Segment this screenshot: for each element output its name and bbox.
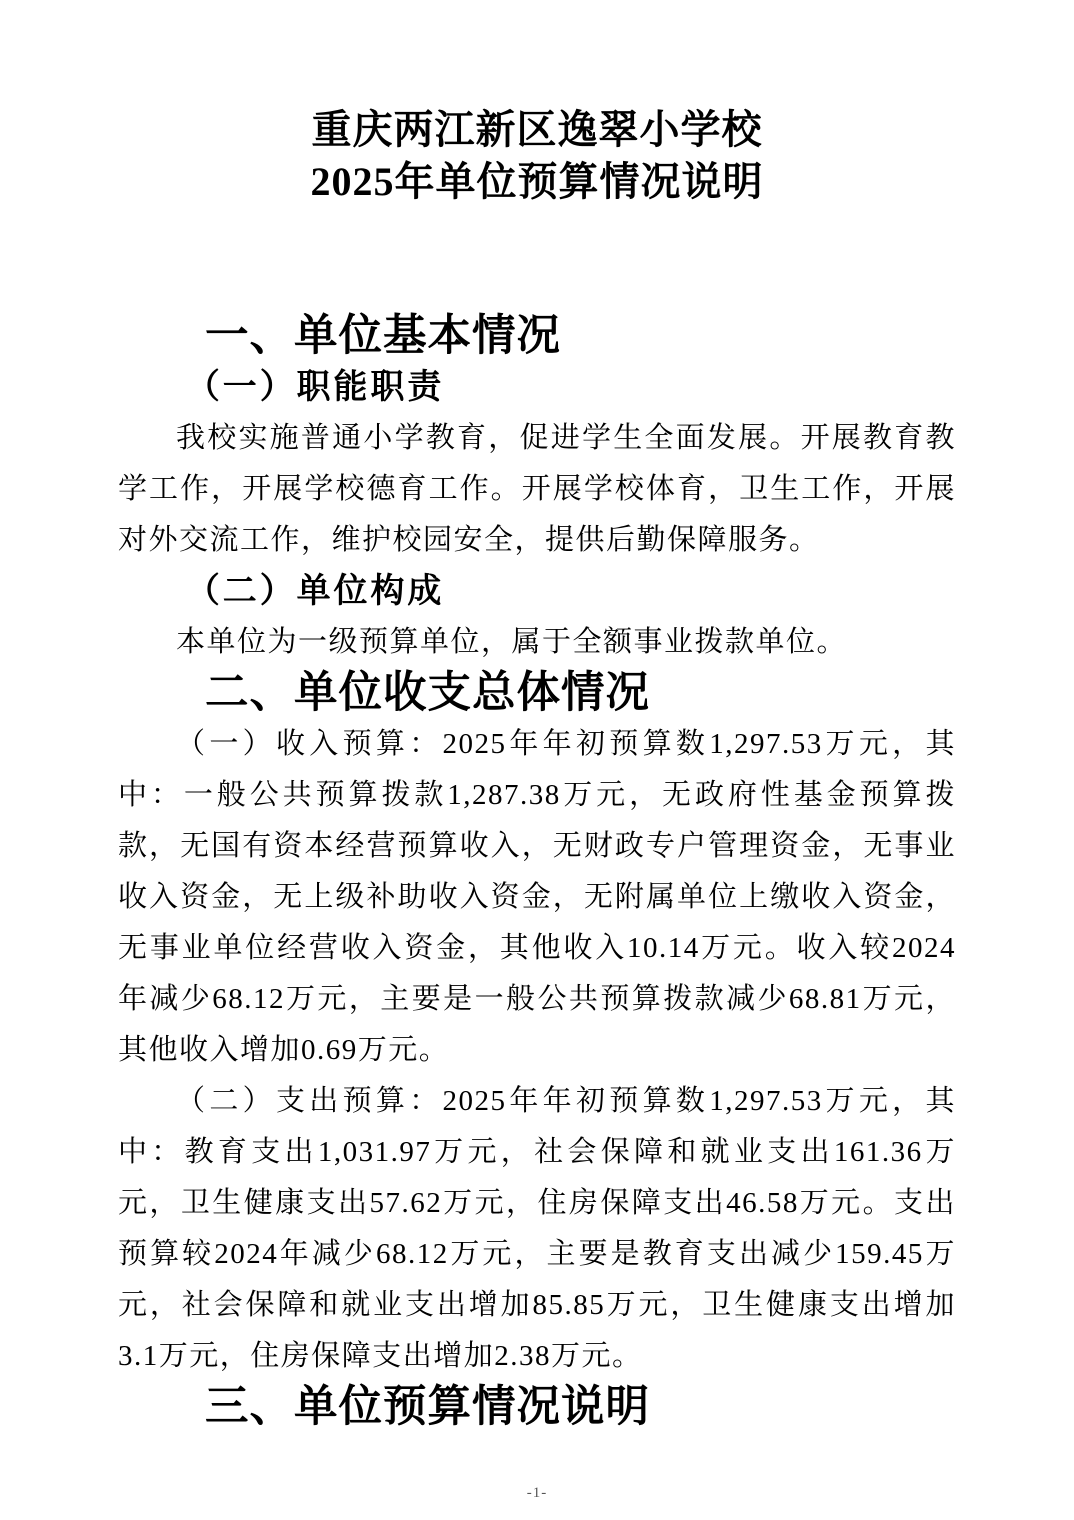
subheading-unit-composition: （二）单位构成 bbox=[118, 566, 956, 617]
section-heading-revenue-expenditure-overview: 二、单位收支总体情况 bbox=[118, 668, 956, 719]
document-title-line-2: 2025年单位预算情况说明 bbox=[0, 156, 1074, 208]
page-number: -1- bbox=[0, 1484, 1074, 1502]
paragraph-duties: 我校实施普通小学教育，促进学生全面发展。开展教育教学工作，开展学校德育工作。开展… bbox=[118, 413, 956, 566]
document-page: 重庆两江新区逸翠小学校 2025年单位预算情况说明 一、单位基本情况 （一）职能… bbox=[0, 0, 1074, 1520]
document-title: 重庆两江新区逸翠小学校 2025年单位预算情况说明 bbox=[0, 0, 1074, 208]
document-title-line-1: 重庆两江新区逸翠小学校 bbox=[0, 104, 1074, 156]
document-body: 一、单位基本情况 （一）职能职责 我校实施普通小学教育，促进学生全面发展。开展教… bbox=[118, 311, 956, 1433]
section-heading-budget-explanation: 三、单位预算情况说明 bbox=[118, 1382, 956, 1433]
subheading-duties: （一）职能职责 bbox=[118, 362, 956, 413]
paragraph-income-budget: （一）收入预算：2025年年初预算数1,297.53万元，其中：一般公共预算拨款… bbox=[118, 719, 956, 1076]
paragraph-unit-composition: 本单位为一级预算单位，属于全额事业拨款单位。 bbox=[118, 617, 956, 668]
paragraph-expenditure-budget: （二）支出预算：2025年年初预算数1,297.53万元，其中：教育支出1,03… bbox=[118, 1076, 956, 1382]
section-heading-basic-info: 一、单位基本情况 bbox=[118, 311, 956, 362]
